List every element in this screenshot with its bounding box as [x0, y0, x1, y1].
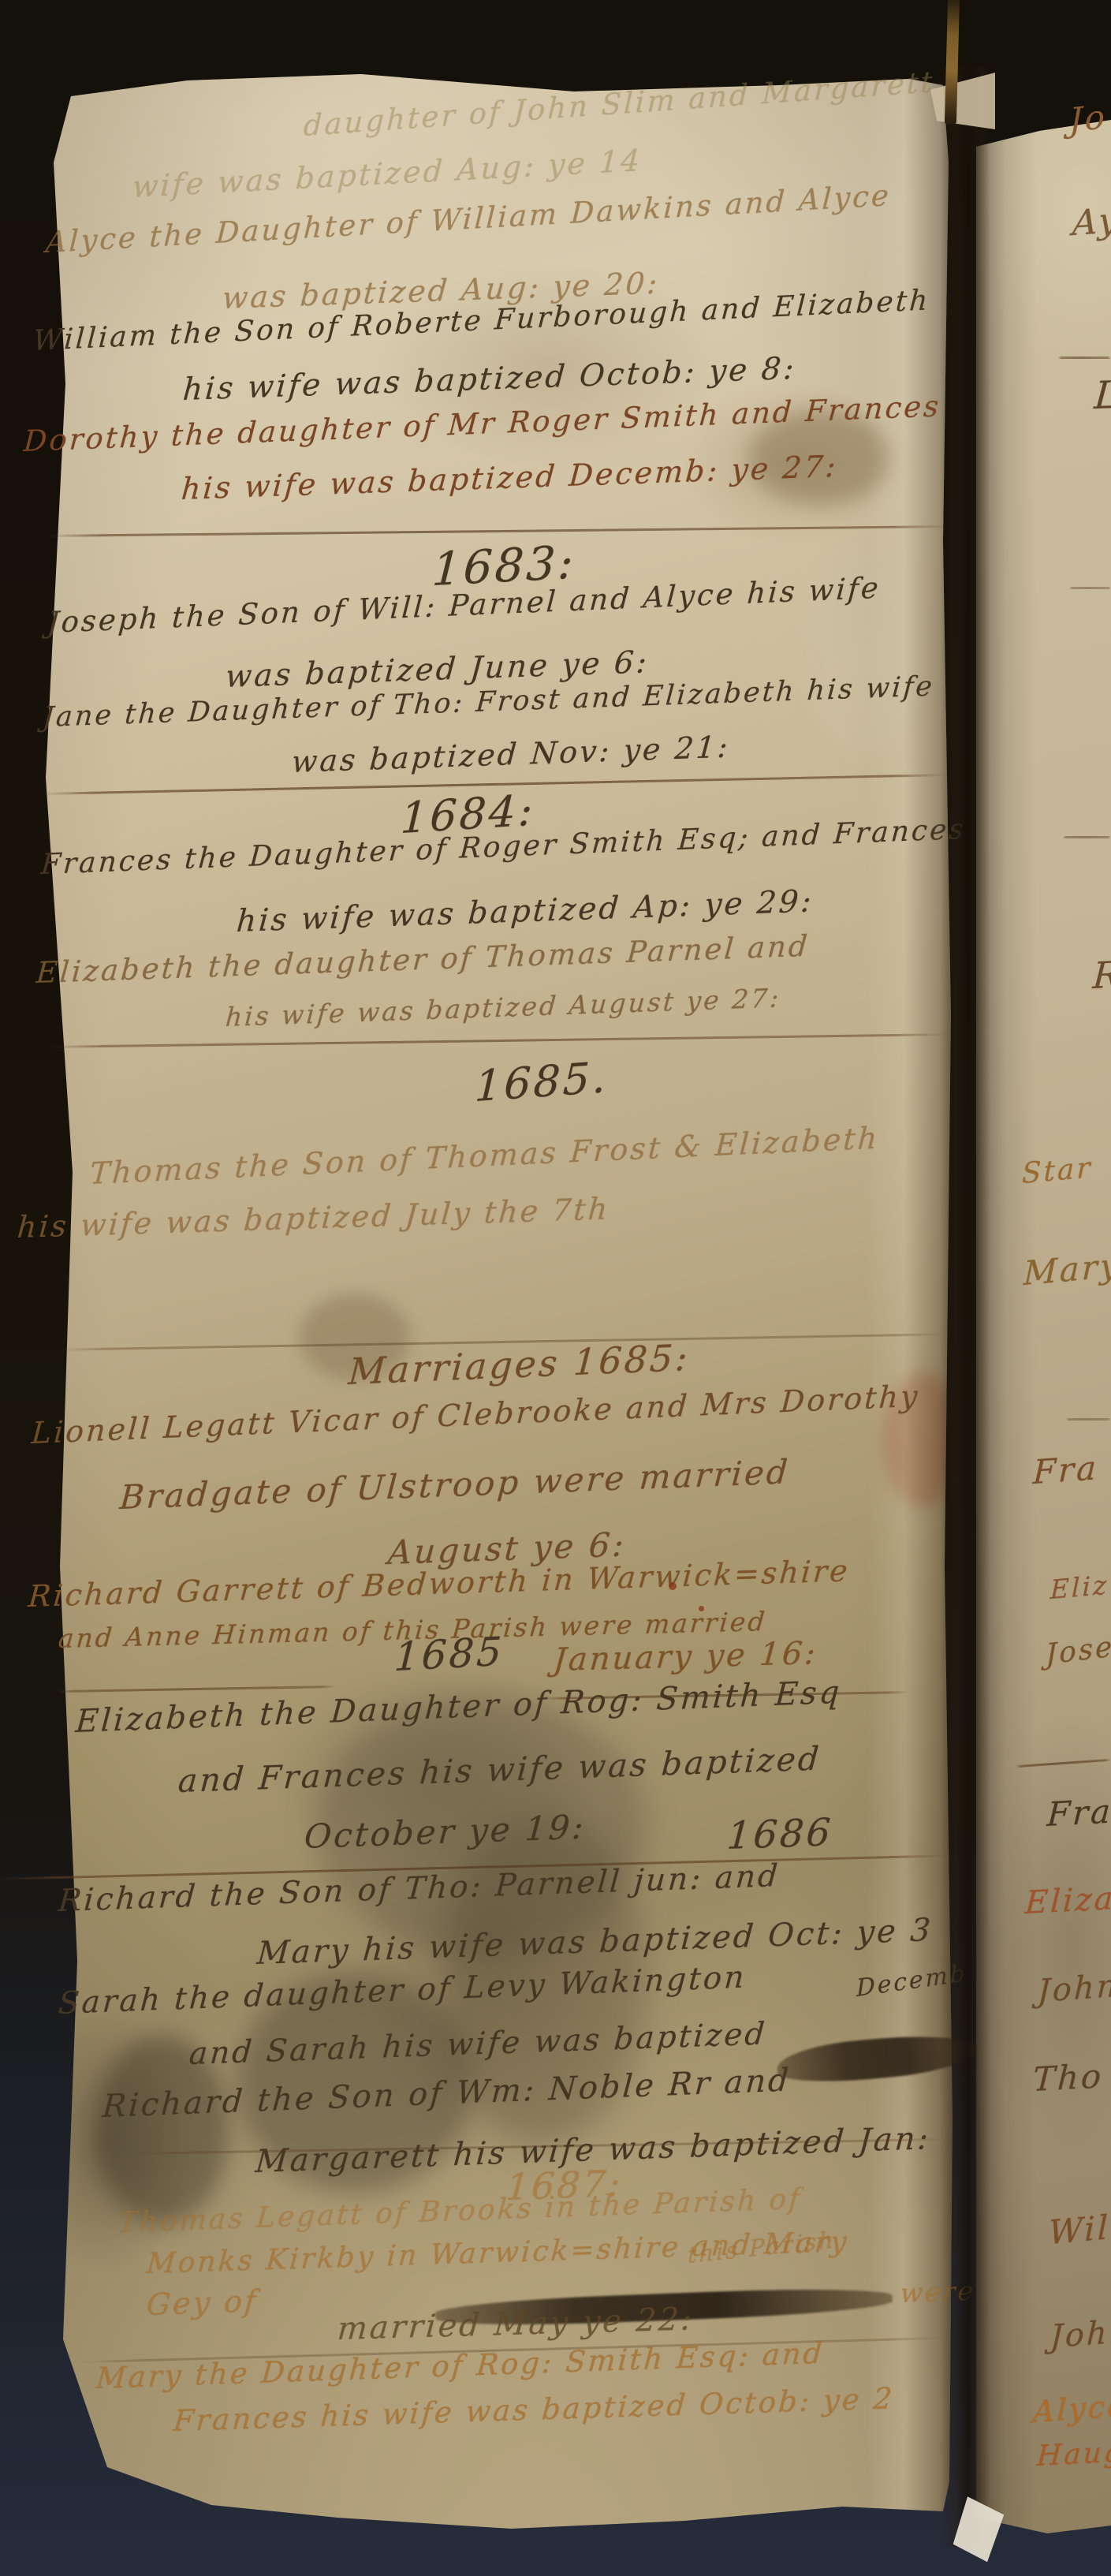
facing-page-text-fragment: Fra: [1032, 1448, 1099, 1491]
facing-page-ruled-divider: [1063, 836, 1111, 838]
ink-spot: [669, 1582, 677, 1590]
year-heading-1685: 1685.: [474, 1052, 609, 1111]
ink-spot: [699, 1606, 704, 1611]
facing-page-text-fragment: Haugh: [1036, 2435, 1111, 2473]
facing-page-text-fragment: Mary: [1023, 1245, 1111, 1293]
marriage-entry-line: January ye 16:: [552, 1635, 819, 1678]
facing-page-text-fragment: John: [1049, 2313, 1111, 2355]
register-page-right-edge: [976, 110, 1111, 2548]
facing-page-text-fragment: Ay: [1072, 200, 1111, 244]
book-gutter-shadow: [940, 66, 990, 2548]
page-edge-shading: [976, 110, 1111, 2548]
facing-page-text-fragment: Eliz: [1050, 1569, 1109, 1605]
facing-page-text-fragment: Eliza: [1024, 1880, 1111, 1921]
facing-page-text-fragment: Jo: [1069, 97, 1107, 140]
facing-page-text-fragment: R: [1092, 953, 1111, 997]
facing-page-text-fragment: Tho: [1032, 2056, 1105, 2099]
facing-page-ruled-divider: [1066, 1418, 1111, 1421]
manuscript-photo: daughter of John Slim and Margarett wife…: [0, 0, 1111, 2576]
facing-page-text-fragment: Star: [1022, 1152, 1093, 1190]
facing-page-ruled-divider: [1058, 357, 1111, 359]
facing-page-text-fragment: Will: [1049, 2207, 1111, 2253]
facing-page-text-fragment: L: [1093, 373, 1111, 418]
facing-page-text-fragment: John: [1037, 1968, 1111, 2010]
facing-page-text-fragment: Alyce: [1032, 2388, 1111, 2430]
facing-page-ruled-divider: [1069, 587, 1111, 589]
year-1686-inline: 1686: [725, 1810, 834, 1858]
year-heading-1685-inline: 1685: [393, 1629, 505, 1681]
marriage-entry-line: Gey of: [145, 2283, 259, 2322]
facing-page-text-fragment: Fra: [1046, 1792, 1111, 1835]
